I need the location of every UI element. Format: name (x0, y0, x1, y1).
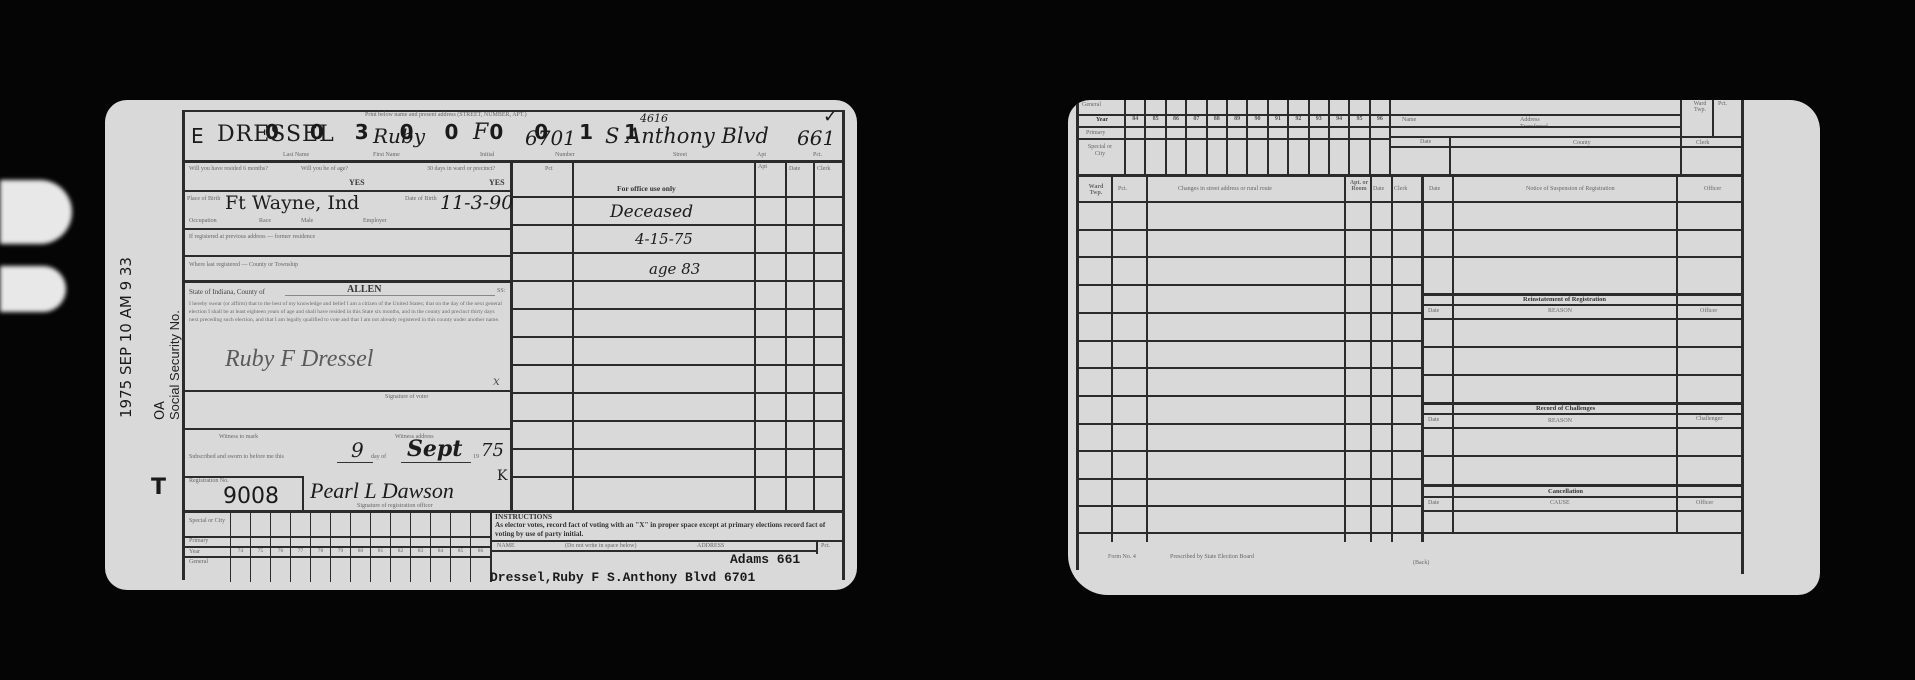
margin-letter: T (151, 475, 166, 500)
ss-label: SS: (497, 288, 505, 294)
reinstatement-reason-header: REASON (1548, 308, 1572, 314)
employer-label: Employer (363, 218, 387, 224)
label-apt: Apt (757, 152, 766, 158)
office-note-age: age 83 (649, 260, 700, 278)
office-use-title: For office use only (617, 184, 676, 193)
q2-label: Will you be of age? (301, 166, 348, 172)
grid-col: 78 (310, 510, 330, 582)
transfer-pct-label: Pct. (1718, 101, 1727, 107)
birthplace-label: Place of Birth (187, 196, 220, 202)
registration-card-front: 1975 SEP 10 AM 9 33 Social Security No. … (105, 100, 857, 590)
grid-col: 86 (1165, 100, 1185, 174)
voter-signature: Ruby F Dressel (225, 346, 373, 373)
grid-col: 85 (1144, 100, 1164, 174)
label-last-name: Last Name (283, 152, 309, 158)
changes-address-header: Changes in street address or rural route (1178, 186, 1272, 192)
label-pct: Pct. (813, 152, 822, 158)
changes-pct-header: Pct. (1118, 186, 1127, 192)
grid-col: 90 (1246, 100, 1266, 174)
grid-col: 74 (230, 510, 250, 582)
grid-col: 93 (1308, 100, 1328, 174)
q3-answer: YES (489, 178, 505, 187)
back-label: (Back) (1413, 560, 1429, 566)
grid-col: 86 (470, 510, 490, 582)
sworn-year: 75 (481, 440, 504, 461)
first-name-value: Ruby (373, 124, 425, 148)
label-initial: Initial (480, 152, 494, 158)
scan-artifact (0, 180, 72, 244)
changes-apt-header: Apt. or Room (1347, 180, 1371, 192)
typed-precinct: Adams 661 (730, 552, 800, 567)
form-number: Form No. 4 (1108, 554, 1136, 560)
year-label: Year (1096, 117, 1108, 123)
challenges-date-header: Date (1428, 417, 1439, 423)
prior-registration-label: If registered at previous address — form… (189, 234, 315, 240)
state-county-label: State of Indiana, County of (189, 288, 265, 296)
suspension-notice-header: Notice of Suspension of Registration (1526, 186, 1615, 192)
reinstatement-date-header: Date (1428, 308, 1439, 314)
registration-card-back: General Year Primary Special or City 84 … (1068, 100, 1820, 595)
precinct-value: 661 (797, 126, 835, 150)
reinstatement-officer-header: Officer (1700, 308, 1717, 314)
ssn-value: OA (153, 401, 168, 420)
ssn-label: Social Security No. (167, 310, 182, 420)
officer-k-mark: K (497, 468, 507, 484)
office-note-date: 4-15-75 (635, 230, 693, 248)
scan-artifact (0, 266, 66, 312)
initial-value: F (473, 120, 488, 145)
office-note-deceased: Deceased (610, 202, 693, 222)
day-of-label: day of (371, 454, 386, 460)
general-label: General (1082, 102, 1101, 108)
grid-col: 96 (1369, 100, 1389, 174)
label-first-name: First Name (373, 152, 400, 158)
grid-col: 81 (370, 510, 390, 582)
grid-col: 77 (290, 510, 310, 582)
voter-x-mark: x (493, 374, 500, 388)
transfer-address-label: Address (1520, 117, 1540, 123)
sex-label: Male (301, 218, 313, 224)
street-value: S Anthony Blvd (605, 124, 769, 148)
checkmark-icon: ✓ (823, 106, 838, 127)
challenges-reason-header: REASON (1548, 418, 1572, 424)
grid-col: 82 (390, 510, 410, 582)
grid-label-primary: Primary (189, 538, 208, 544)
sworn-month: Sept (407, 436, 462, 462)
typed-name-address: Dressel,Ruby F S.Anthony Blvd 6701 (490, 570, 755, 585)
prior-county-label: Where last registered — County or Townsh… (189, 262, 298, 268)
prescribed-by: Prescribed by State Election Board (1170, 554, 1254, 560)
occupation-label: Occupation (189, 218, 217, 224)
suspension-officer-header: Officer (1704, 186, 1721, 192)
footer-address-label: ADDRESS (697, 543, 724, 549)
prefix-mark: E (191, 124, 204, 148)
year-prefix: 19 (473, 454, 479, 460)
transfer-ward-label: Ward Twp. (1688, 101, 1712, 113)
grid-col: 89 (1226, 100, 1246, 174)
suspension-date-header: Date (1429, 186, 1440, 192)
birthplace-value: Ft Wayne, Ind (225, 192, 359, 214)
officer-signature-label: Signature of registration officer (357, 503, 433, 509)
stamped-id-digits: 0 0 3 0 0 0 0 1 1 (265, 120, 650, 144)
reinstatement-title: Reinstatement of Registration (1523, 296, 1606, 303)
witness-mark-label: Witness to mark (219, 434, 258, 440)
house-number-value: 6701 (525, 126, 576, 150)
birthdate-value: 11-3-90 (440, 192, 513, 214)
grid-col: 95 (1348, 100, 1368, 174)
sworn-day: 9 (351, 438, 364, 462)
changes-clerk-header: Clerk (1394, 186, 1407, 192)
grid-col: 83 (410, 510, 430, 582)
header-caption: Print below name and present address (ST… (365, 112, 527, 118)
cancellation-officer-header: Officer (1696, 500, 1713, 506)
grid-col: 80 (350, 510, 370, 582)
grid-col: 84 (430, 510, 450, 582)
q3-label: 30 days in ward or precinct? (427, 166, 495, 172)
special-label: Special or City (1086, 144, 1114, 158)
grid-col: 84 (1124, 100, 1144, 174)
transfer-date-label: Date (1420, 139, 1431, 145)
footer-pct-label: Pct. (821, 543, 830, 549)
cancellation-cause-header: CAUSE (1550, 500, 1570, 506)
office-date-label: Date (789, 166, 800, 172)
cancellation-title: Cancellation (1548, 488, 1583, 495)
grid-col: 75 (250, 510, 270, 582)
grid-col: 87 (1185, 100, 1205, 174)
voting-grid-years: 74 75 76 77 78 79 80 81 82 83 84 85 86 (230, 510, 490, 582)
grid-col: 91 (1267, 100, 1287, 174)
label-number: Number (555, 152, 575, 158)
cancellation-date-header: Date (1428, 500, 1439, 506)
officer-signature: Pearl L Dawson (310, 478, 454, 504)
oath-text: I hereby swear (or affirm) that to the b… (189, 300, 505, 324)
race-label: Race (259, 218, 271, 224)
registration-number: 9008 (223, 484, 279, 509)
grid-col: 94 (1328, 100, 1348, 174)
office-clerk-label: Clerk (817, 166, 830, 172)
instructions-title: INSTRUCTIONS (495, 512, 552, 521)
signature-label: Signature of voter (385, 394, 428, 400)
grid-col: 92 (1287, 100, 1307, 174)
footer-middle-label: (Do not write in space below) (565, 543, 636, 549)
footer-name-label: NAME (497, 543, 515, 549)
grid-col: 79 (330, 510, 350, 582)
challenges-title: Record of Challenges (1536, 405, 1595, 412)
sworn-label: Subscribed and sworn to before me this (189, 454, 284, 460)
changes-date-header: Date (1373, 186, 1384, 192)
office-pct-label: Pct (545, 166, 553, 172)
county-value: ALLEN (347, 284, 381, 295)
birthdate-label: Date of Birth (405, 196, 437, 202)
office-apt-label: Apt (758, 164, 767, 170)
grid-col: 85 (450, 510, 470, 582)
label-street: Street (673, 152, 687, 158)
transfer-name-label: Name (1402, 117, 1416, 123)
received-date-stamp: 1975 SEP 10 AM 9 33 (117, 257, 135, 418)
q2-answer: YES (349, 178, 365, 187)
grid-label-year: Year (189, 549, 200, 555)
grid-col: 76 (270, 510, 290, 582)
challenges-challenger-header: Challenger (1696, 416, 1722, 422)
grid-label-special: Special or City (189, 518, 225, 524)
primary-label: Primary (1086, 130, 1105, 136)
grid-label-general: General (189, 559, 208, 565)
instructions-text: As elector votes, record fact of voting … (495, 521, 837, 538)
changes-ward-header: Ward Twp. (1083, 184, 1109, 196)
grid-col: 88 (1206, 100, 1226, 174)
back-year-grid: 84 85 86 87 88 89 90 91 92 93 94 95 96 (1124, 100, 1391, 174)
q1-label: Will you have resided 6 months? (189, 166, 268, 172)
